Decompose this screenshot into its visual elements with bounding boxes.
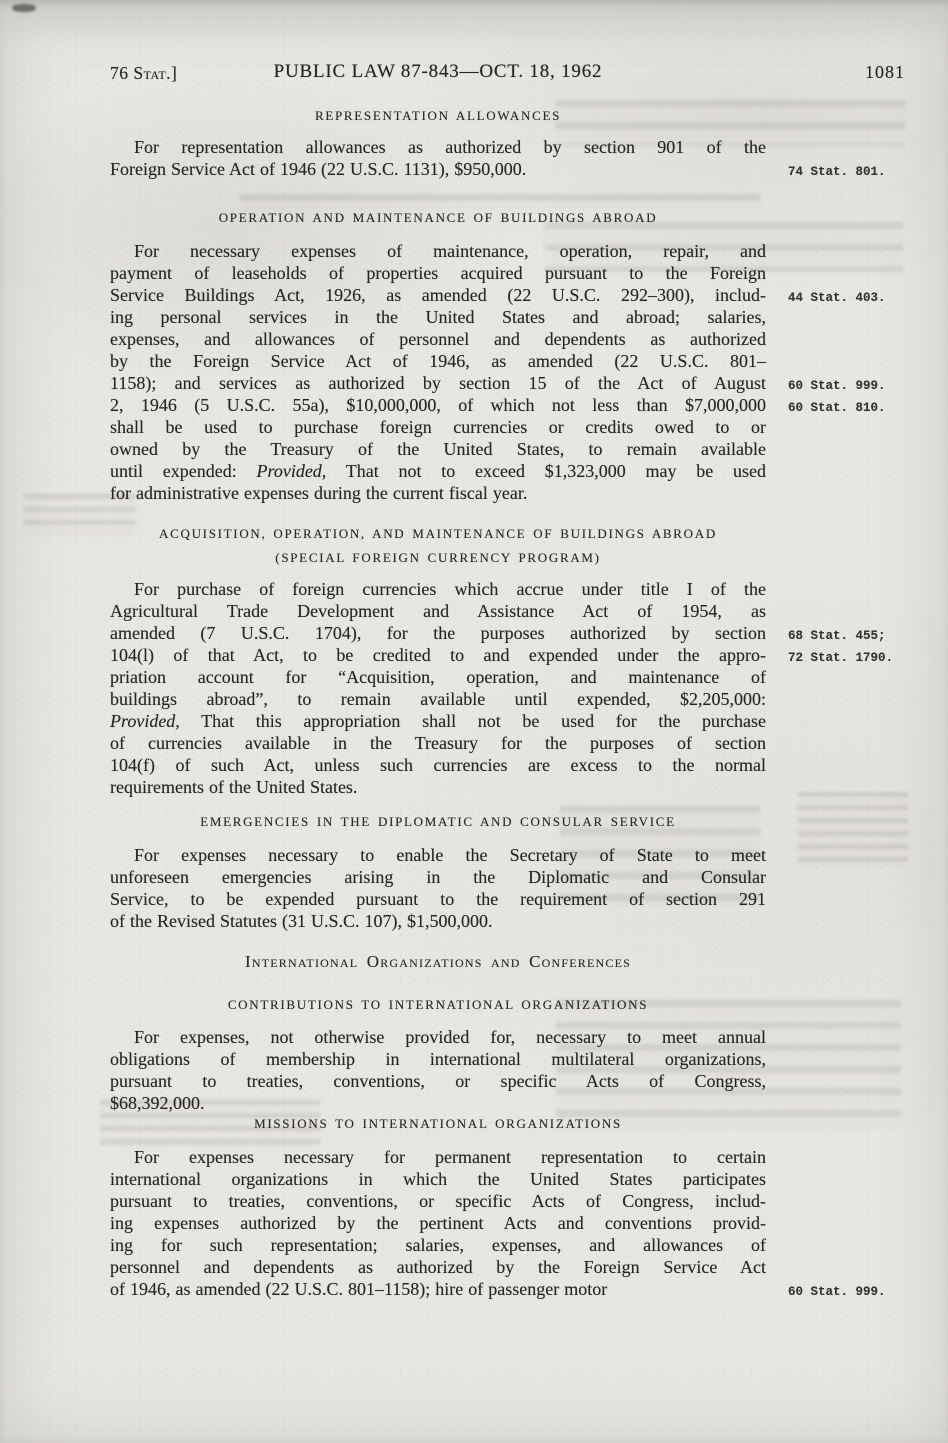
- text-line: For expenses necessary to enable the Sec…: [110, 844, 766, 866]
- margin-note-citation: 60 Stat. 810.: [788, 397, 886, 419]
- text-line: Provided, That this appropriation shall …: [110, 710, 766, 732]
- text-line: 1158); and services as authorized by sec…: [110, 372, 766, 394]
- text-line: ing for such representation; salaries, e…: [110, 1234, 766, 1256]
- text-line: For representation allowances as authori…: [110, 136, 766, 158]
- text-line: Agricultural Trade Development and Assis…: [110, 600, 766, 622]
- margin-note-citation: 74 Stat. 801.: [788, 161, 886, 183]
- heading-line: CONTRIBUTIONS TO INTERNATIONAL ORGANIZAT…: [110, 993, 766, 1017]
- section-heading-emergencies-in-the-diplomatic-and-consular-service: EMERGENCIES IN THE DIPLOMATIC AND CONSUL…: [110, 810, 766, 834]
- margin-note-citation: 68 Stat. 455;: [788, 625, 886, 647]
- heading-line: ACQUISITION, OPERATION, AND MAINTENANCE …: [110, 522, 766, 546]
- section-heading-contributions-to-international-organizations: CONTRIBUTIONS TO INTERNATIONAL ORGANIZAT…: [110, 993, 766, 1017]
- section-heading-operation-and-maintenance-of-buildings-abroad: OPERATION AND MAINTENANCE OF BUILDINGS A…: [110, 206, 766, 230]
- text-line: pursuant to treaties, conventions, or sp…: [110, 1070, 766, 1092]
- text-line: 104(f) of such Act, unless such currenci…: [110, 754, 766, 776]
- paragraph-operation-and-maintenance-of-buildings-abroad: For necessary expenses of maintenance, o…: [110, 240, 766, 504]
- text-line: until expended: Provided, That not to ex…: [110, 460, 766, 482]
- section-heading-representation-allowances: REPRESENTATION ALLOWANCES: [110, 104, 766, 128]
- text-line: of the Revised Statutes (31 U.S.C. 107),…: [110, 910, 766, 932]
- margin-note-citation: 60 Stat. 999.: [788, 1281, 886, 1303]
- text-line: For expenses necessary for permanent rep…: [110, 1146, 766, 1168]
- text-line: personnel and dependents as authorized b…: [110, 1256, 766, 1278]
- text-line: unforeseen emergencies arising in the Di…: [110, 866, 766, 888]
- running-header: 76 Stat.] PUBLIC LAW 87-843—OCT. 18, 196…: [110, 61, 905, 87]
- section-heading-acquisition-operation-and-maintenance-of-buildings-abroad: ACQUISITION, OPERATION, AND MAINTENANCE …: [110, 522, 766, 570]
- text-line: payment of leaseholds of properties acqu…: [110, 262, 766, 284]
- statute-page: 76 Stat.] PUBLIC LAW 87-843—OCT. 18, 196…: [0, 0, 948, 1443]
- heading-line: EMERGENCIES IN THE DIPLOMATIC AND CONSUL…: [110, 810, 766, 834]
- text-line: owned by the Treasury of the United Stat…: [110, 438, 766, 460]
- text-line: by the Foreign Service Act of 1946, as a…: [110, 350, 766, 372]
- text-line: expenses, and allowances of personnel an…: [110, 328, 766, 350]
- paragraph-contributions-to-international-organizations: For expenses, not otherwise provided for…: [110, 1026, 766, 1114]
- text-line: priation account for “Acquisition, opera…: [110, 666, 766, 688]
- text-line: requirements of the United States.: [110, 776, 766, 798]
- text-line: of currencies available in the Treasury …: [110, 732, 766, 754]
- text-line: Service, to be expended pursuant to the …: [110, 888, 766, 910]
- paragraph-emergencies-in-the-diplomatic-and-consular-service: For expenses necessary to enable the Sec…: [110, 844, 766, 932]
- page-number: 1081: [865, 62, 905, 83]
- paragraph-representation-allowances: For representation allowances as authori…: [110, 136, 766, 180]
- text-line: 2, 1946 (5 U.S.C. 55a), $10,000,000, of …: [110, 394, 766, 416]
- text-line: international organizations in which the…: [110, 1168, 766, 1190]
- heading-line: REPRESENTATION ALLOWANCES: [110, 104, 766, 128]
- text-line: ing personal services in the United Stat…: [110, 306, 766, 328]
- text-line: for administrative expenses during the c…: [110, 482, 766, 504]
- heading-line: MISSIONS TO INTERNATIONAL ORGANIZATIONS: [110, 1112, 766, 1136]
- text-line: $68,392,000.: [110, 1092, 766, 1114]
- text-line: amended (7 U.S.C. 1704), for the purpose…: [110, 622, 766, 644]
- paragraph-missions-to-international-organizations: For expenses necessary for permanent rep…: [110, 1146, 766, 1300]
- margin-note-citation: 44 Stat. 403.: [788, 287, 886, 309]
- scan-corner-artifact: [12, 4, 36, 12]
- heading-line: OPERATION AND MAINTENANCE OF BUILDINGS A…: [110, 206, 766, 230]
- text-line: buildings abroad”, to remain available u…: [110, 688, 766, 710]
- text-line: Foreign Service Act of 1946 (22 U.S.C. 1…: [110, 158, 766, 180]
- text-line: pursuant to treaties, conventions, or sp…: [110, 1190, 766, 1212]
- text-line: For necessary expenses of maintenance, o…: [110, 240, 766, 262]
- margin-note-citation: 60 Stat. 999.: [788, 375, 886, 397]
- text-line: of 1946, as amended (22 U.S.C. 801–1158)…: [110, 1278, 766, 1300]
- margin-note-citation: 72 Stat. 1790.: [788, 647, 893, 669]
- text-line: obligations of membership in internation…: [110, 1048, 766, 1070]
- bleedthrough-artifact: [798, 792, 908, 868]
- text-line: ing expenses authorized by the pertinent…: [110, 1212, 766, 1234]
- text-line: shall be used to purchase foreign curren…: [110, 416, 766, 438]
- text-line: For expenses, not otherwise provided for…: [110, 1026, 766, 1048]
- heading-line: (SPECIAL FOREIGN CURRENCY PROGRAM): [110, 546, 766, 570]
- section-heading-missions-to-international-organizations: MISSIONS TO INTERNATIONAL ORGANIZATIONS: [110, 1112, 766, 1136]
- scan-edge-shading: [0, 0, 948, 48]
- heading-line: International Organizations and Conferen…: [110, 950, 766, 974]
- text-line: For purchase of foreign currencies which…: [110, 578, 766, 600]
- public-law-title: PUBLIC LAW 87-843—OCT. 18, 1962: [110, 61, 766, 83]
- paragraph-acquisition-operation-and-maintenance-of-buildings-abroad: For purchase of foreign currencies which…: [110, 578, 766, 798]
- text-line: 104(l) of that Act, to be credited to an…: [110, 644, 766, 666]
- text-line: Service Buildings Act, 1926, as amended …: [110, 284, 766, 306]
- section-heading-international-organizations-and-conferences: International Organizations and Conferen…: [110, 950, 766, 974]
